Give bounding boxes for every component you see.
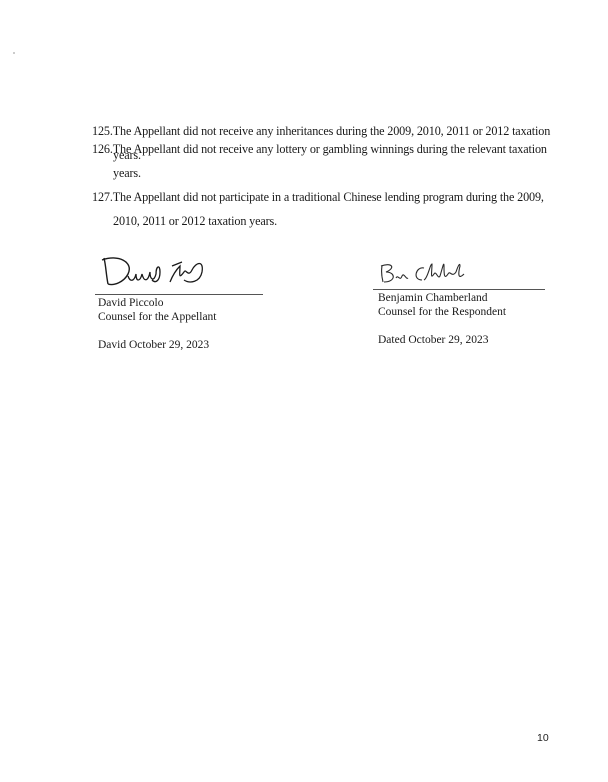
paragraph-number: 126. xyxy=(92,142,113,156)
signatory-role: Counsel for the Appellant xyxy=(98,310,268,324)
signature-block-appellant: David Piccolo Counsel for the Appellant … xyxy=(98,252,268,352)
signature-respondent xyxy=(378,256,548,286)
paragraph-continuation: 2010, 2011 or 2012 taxation years. xyxy=(92,214,552,228)
signature-block-respondent: Benjamin Chamberland Counsel for the Res… xyxy=(378,256,548,347)
page-number: 10 xyxy=(537,732,549,744)
paragraph-127: 127.The Appellant did not participate in… xyxy=(92,190,552,228)
handwritten-signature-icon xyxy=(378,256,488,286)
signature-date: David October 29, 2023 xyxy=(98,338,268,352)
paragraph-continuation: years. xyxy=(92,166,552,180)
signatory-name: Benjamin Chamberland xyxy=(378,291,548,305)
signature-date: Dated October 29, 2023 xyxy=(378,333,548,347)
paragraph-text: The Appellant did not participate in a t… xyxy=(113,190,544,204)
paragraph-text: The Appellant did not receive any lotter… xyxy=(113,142,547,156)
handwritten-signature-icon xyxy=(98,252,218,290)
paragraph-text: The Appellant did not receive any inheri… xyxy=(113,124,550,138)
signature-line xyxy=(95,294,263,295)
scan-speck xyxy=(13,52,15,54)
paragraph-number: 125. xyxy=(92,124,113,138)
signature-appellant xyxy=(98,252,268,290)
paragraph-number: 127. xyxy=(92,190,113,204)
signatory-role: Counsel for the Respondent xyxy=(378,305,548,319)
signatory-name: David Piccolo xyxy=(98,296,268,310)
signature-line xyxy=(373,289,545,290)
paragraph-126: 126.The Appellant did not receive any lo… xyxy=(92,142,552,180)
